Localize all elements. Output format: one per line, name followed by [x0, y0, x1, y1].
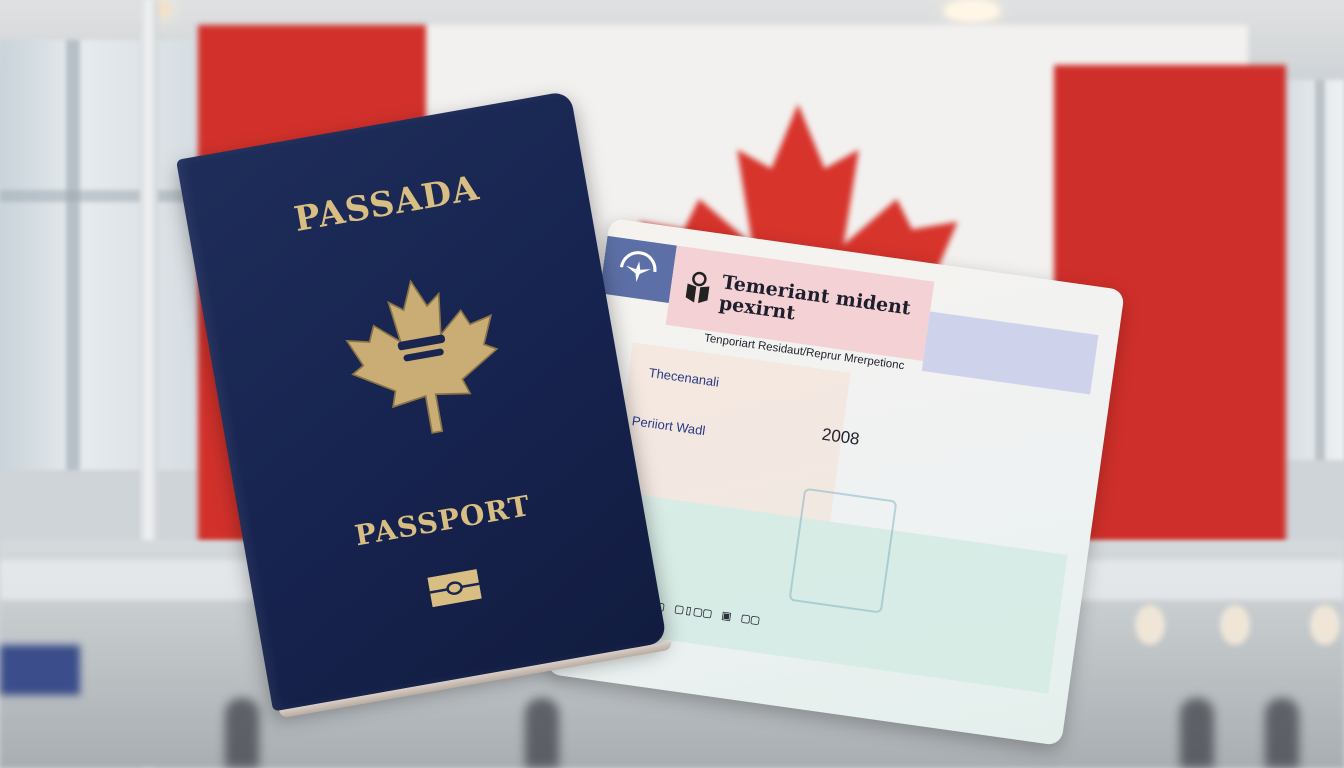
person-silhouette [525, 698, 559, 768]
ceiling-light [944, 0, 1000, 22]
lamp [1220, 605, 1250, 645]
passport-top-text: PASSADA [186, 150, 587, 259]
person-silhouette [1180, 698, 1214, 768]
person-silhouette [225, 698, 259, 768]
biometric-chip-icon [427, 569, 481, 607]
mrz-group: ▣ [721, 608, 733, 625]
dove-icon [615, 244, 662, 291]
lamp [1310, 605, 1340, 645]
mrz-group: ▢▢ [741, 610, 762, 628]
window [0, 40, 200, 470]
maple-leaf-crest-icon [325, 256, 522, 453]
passport-bottom-text: PASSPORT [243, 470, 643, 572]
lamp [1135, 605, 1165, 645]
blue-sign [0, 645, 80, 695]
person-silhouette [1265, 698, 1299, 768]
card-watermark [788, 488, 897, 614]
photo-scene: Temeriant mident pexirnt Tenporiart Resi… [0, 0, 1344, 768]
crest-icon [681, 269, 715, 307]
